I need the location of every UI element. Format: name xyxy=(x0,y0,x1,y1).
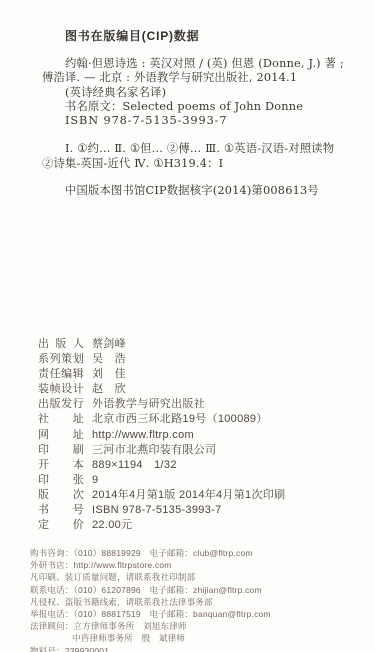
service-line-piracy-notice: 凡侵权、盗版书籍线索，请联系我社法律事务部 xyxy=(30,596,271,608)
pub-label: 网址 xyxy=(38,428,84,443)
pub-label: 版次 xyxy=(38,488,84,503)
pub-label: 书号 xyxy=(38,503,84,518)
pub-label: 印张 xyxy=(38,473,84,488)
pub-row-sheets: 印张 9 xyxy=(38,473,285,488)
cip-classification-line: Ⅰ. ①约… Ⅱ. ①但… ②傅… Ⅲ. ①英语-汉语-对照读物 xyxy=(65,142,359,156)
pub-value: ISBN 978-7-5135-3993-7 xyxy=(92,503,222,518)
pub-label: 社址 xyxy=(38,412,84,427)
cip-classification: Ⅰ. ①约… Ⅱ. ①但… ②傅… Ⅲ. ①英语-汉语-对照读物 ②诗集-英国-… xyxy=(42,142,359,171)
pub-row-editor: 责任编辑 刘 佳 xyxy=(38,367,285,382)
pub-row-publisher: 出版发行 外语教学与研究出版社 xyxy=(38,397,285,412)
pub-row-website: 网址 http://www.fltrp.com xyxy=(38,428,285,443)
cip-original-title-line: 书名原文：Selected poems of John Donne xyxy=(65,100,359,114)
pub-row-price: 定价 22.00元 xyxy=(38,518,285,533)
book-colophon-page: 图书在版编目(CIP)数据 约翰·但恩诗选 : 英汉对照 / (英) 但恩 (D… xyxy=(0,0,375,652)
pub-value: http://www.fltrp.com xyxy=(92,428,194,443)
cip-title: 图书在版编目(CIP)数据 xyxy=(65,27,359,44)
pub-value: 外语教学与研究出版社 xyxy=(92,397,205,412)
pub-row-designer: 装帧设计 赵 欣 xyxy=(38,382,285,397)
service-line-report-phone: 举报电话：（010）88817519 电子邮箱：banquan@fltrp.co… xyxy=(30,608,271,620)
pub-value: 刘 佳 xyxy=(92,367,126,382)
cip-isbn-line: ISBN 978-7-5135-3993-7 xyxy=(65,114,359,128)
service-line-contact-phone: 联系电话：（010）61207896 电子邮箱：zhijian@fltrp.co… xyxy=(30,584,271,596)
pub-label: 定价 xyxy=(38,518,84,533)
cip-record-line: 约翰·但恩诗选 : 英汉对照 / (英) 但恩 (Donne, J.) 著 ; xyxy=(65,57,359,71)
pub-row-printer: 印刷 三河市北燕印装有限公司 xyxy=(38,443,285,458)
pub-value: 北京市西三环北路19号（100089） xyxy=(92,412,268,427)
pub-value: 22.00元 xyxy=(92,518,132,533)
service-line-bookstore: 外研书店：http://www.fltrpstore.com xyxy=(30,559,271,571)
pub-value: 吴 浩 xyxy=(92,352,126,367)
pub-value: 9 xyxy=(92,473,98,488)
pub-label: 装帧设计 xyxy=(38,382,84,397)
cip-record-line: 傅浩译. — 北京 : 外语教学与研究出版社, 2014.1 xyxy=(42,71,359,85)
pub-value: 赵 欣 xyxy=(92,382,126,397)
cip-record: 约翰·但恩诗选 : 英汉对照 / (英) 但恩 (Donne, J.) 著 ; … xyxy=(42,57,359,128)
service-info: 购书咨询：（010）88819929 电子邮箱：club@fltrp.com 外… xyxy=(30,547,271,652)
pub-row-series-planner: 系列策划 吴 浩 xyxy=(38,352,285,367)
pub-value: 889×1194 1/32 xyxy=(92,458,177,473)
pub-row-address: 社址 北京市西三环北路19号（100089） xyxy=(38,412,285,427)
pub-row-format: 开本 889×1194 1/32 xyxy=(38,458,285,473)
pub-label: 责任编辑 xyxy=(38,367,84,382)
cip-classification-line: ②诗集-英国-近代 Ⅳ. ①H319.4：Ⅰ xyxy=(42,157,359,171)
pub-value: 三河市北燕印装有限公司 xyxy=(92,443,216,458)
pub-row-edition: 版次 2014年4月第1版 2014年4月第1次印刷 xyxy=(38,488,285,503)
cip-section: 图书在版编目(CIP)数据 约翰·但恩诗选 : 英汉对照 / (英) 但恩 (D… xyxy=(42,27,359,198)
pub-label: 开本 xyxy=(38,458,84,473)
publication-info: 出版人 蔡剑峰 系列策划 吴 浩 责任编辑 刘 佳 装帧设计 赵 欣 出版发行 … xyxy=(38,337,285,533)
cip-series-line: (英诗经典名家名译) xyxy=(65,86,359,100)
pub-row-publisher-person: 出版人 蔡剑峰 xyxy=(38,337,285,352)
pub-label: 出版人 xyxy=(38,337,84,352)
pub-label: 系列策划 xyxy=(38,352,84,367)
pub-row-isbn: 书号 ISBN 978-7-5135-3993-7 xyxy=(38,503,285,518)
service-line-print-quality: 凡印刷、装订质量问题，请联系我社印制部 xyxy=(30,571,271,583)
pub-label: 印刷 xyxy=(38,443,84,458)
service-line-legal-counsel: 法律顾问：立方律师事务所 刘旭东律师 xyxy=(30,620,271,632)
pub-label: 出版发行 xyxy=(38,397,84,412)
service-line-material-number: 物料号：239930001 xyxy=(30,645,271,652)
pub-value: 2014年4月第1版 2014年4月第1次印刷 xyxy=(92,488,285,503)
service-line-legal-counsel-2: 中咨律师事务所 殷 斌律师 xyxy=(72,632,271,644)
service-line-purchase-phone: 购书咨询：（010）88819929 电子邮箱：club@fltrp.com xyxy=(30,547,271,559)
pub-value: 蔡剑峰 xyxy=(92,337,126,352)
cip-record-number: 中国版本图书馆CIP数据核字(2014)第008613号 xyxy=(65,184,359,198)
